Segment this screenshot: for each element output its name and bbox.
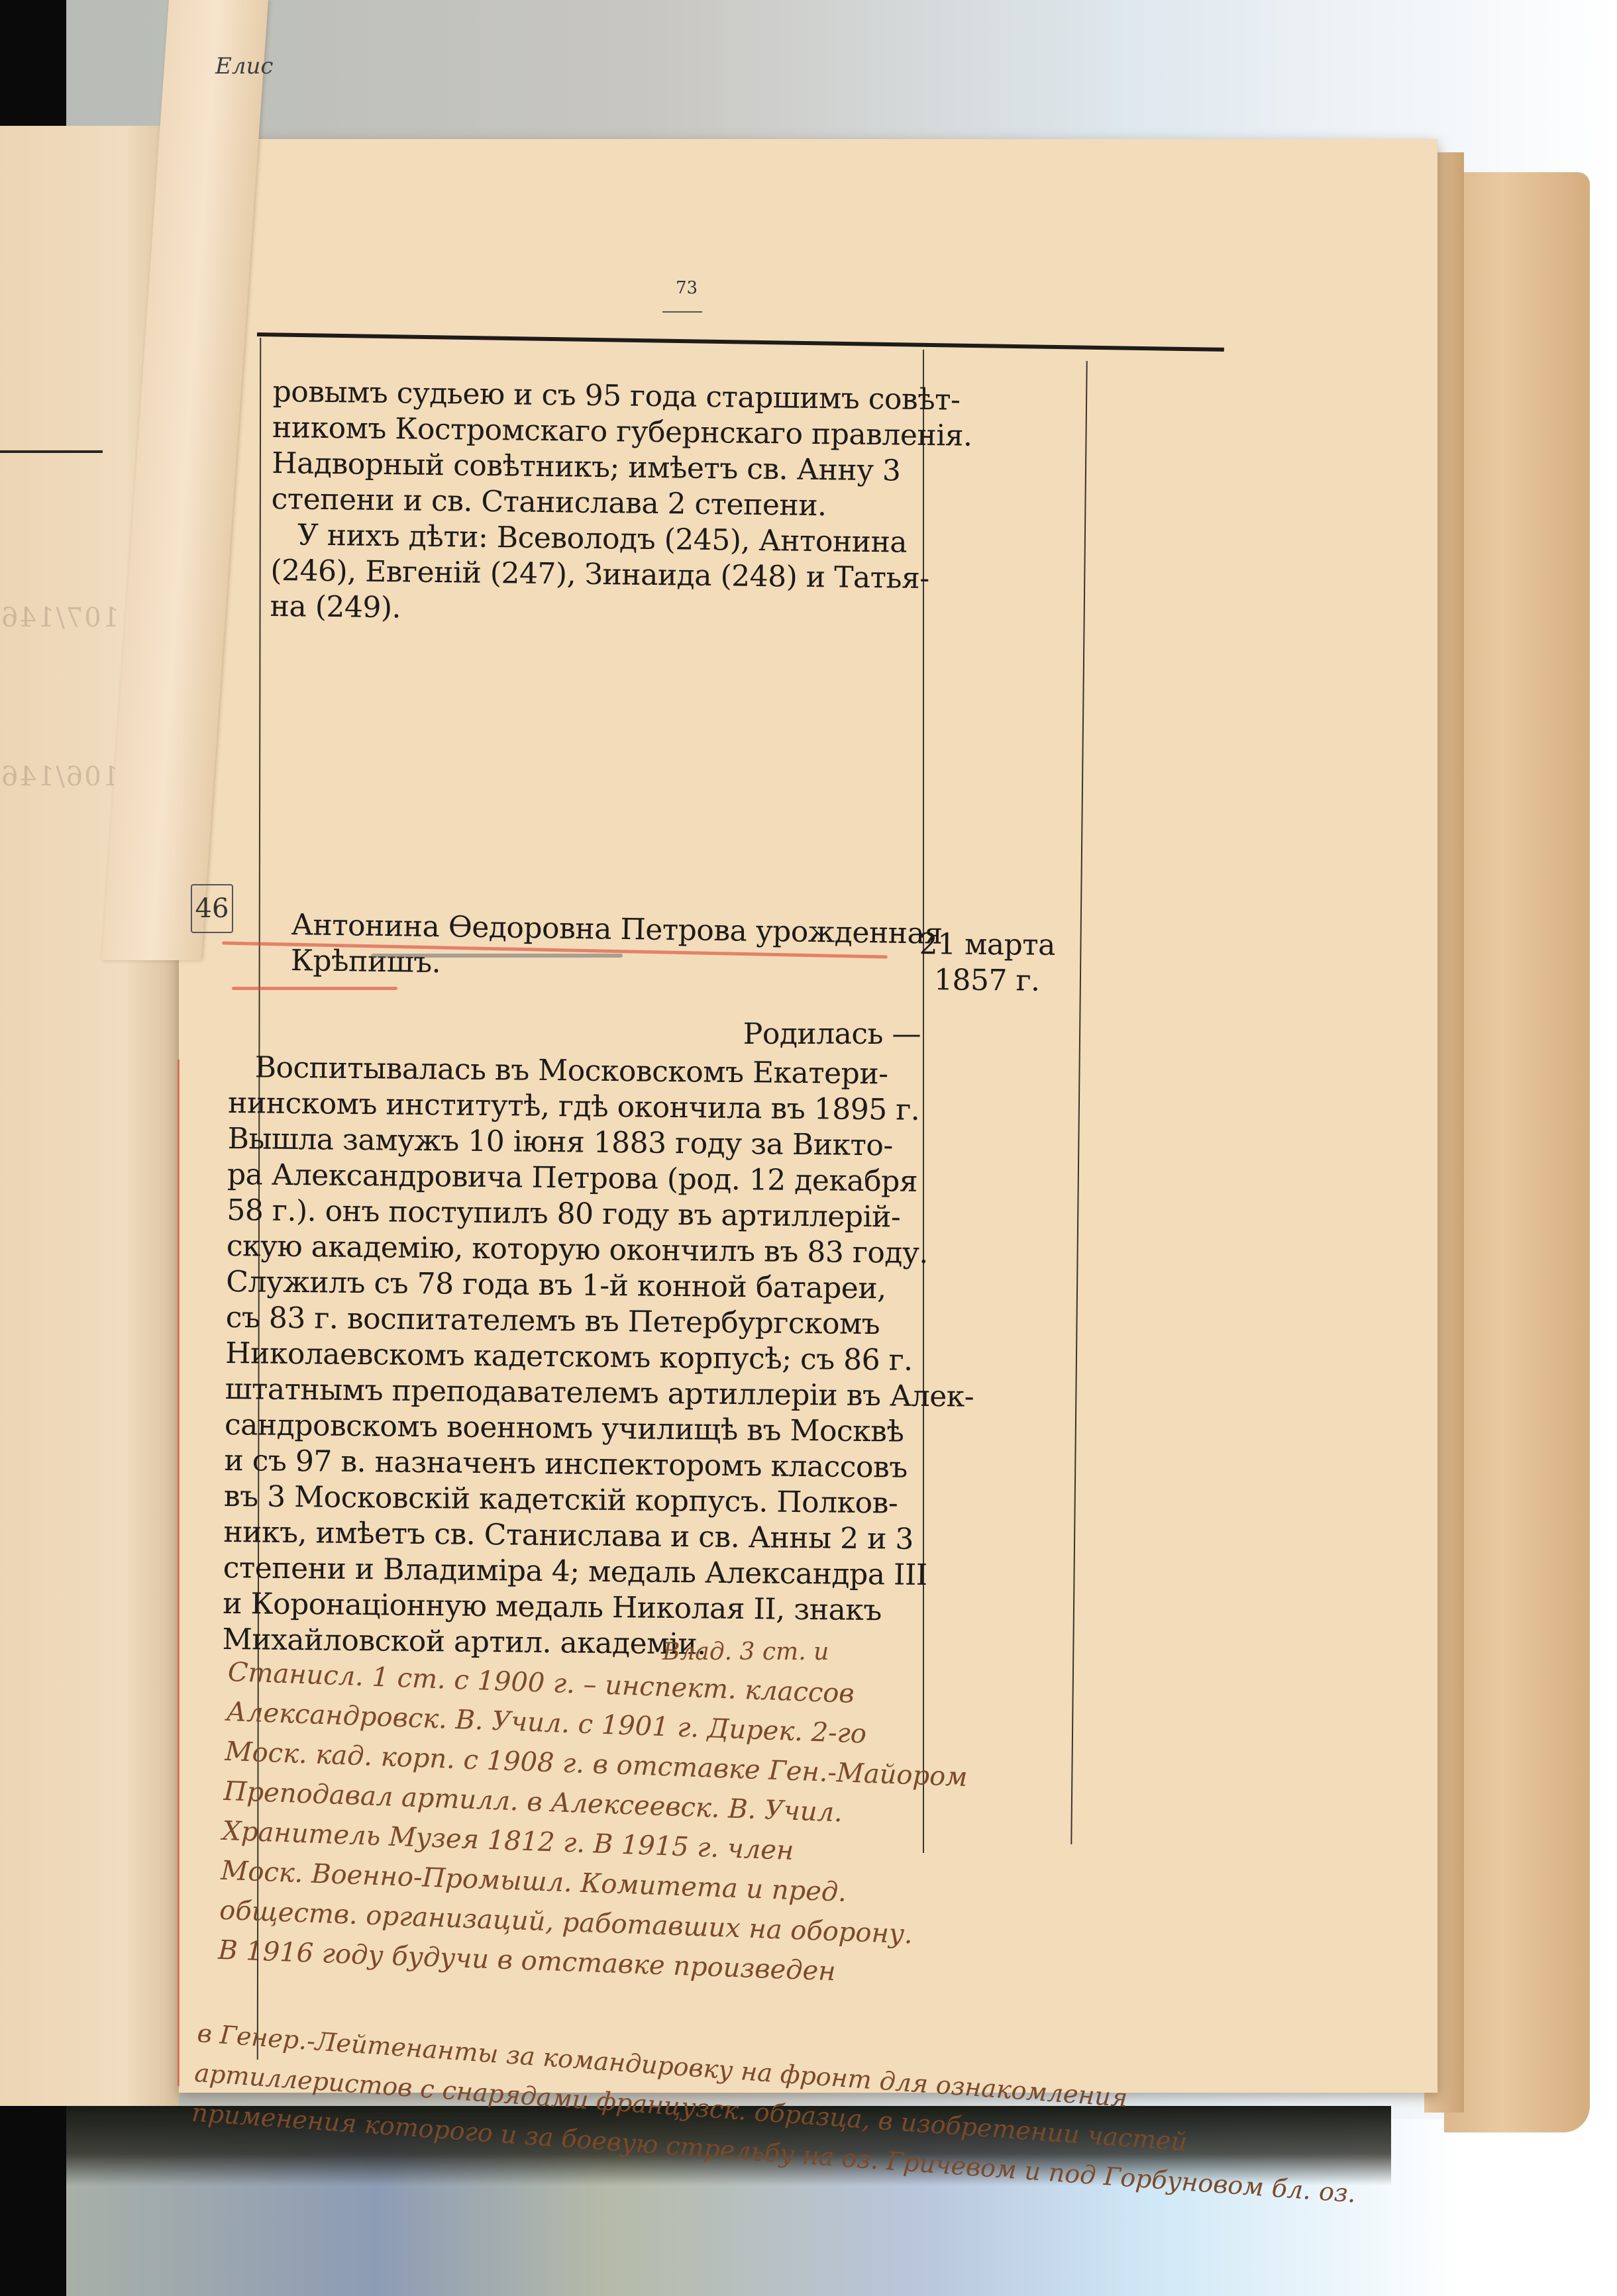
born-label: Родилась — (722, 1017, 921, 1052)
entry-biography: Воспитывалась въ Московскомъ Екатери- ни… (222, 1050, 917, 1665)
left-page-rule (0, 450, 103, 453)
bleedthrough-text: 106/146 (0, 762, 119, 792)
red-pencil-underline (232, 987, 397, 990)
birth-date: 21 марта 1857 г. (908, 926, 1067, 999)
handwritten-inline-note: Влад. 3 ст. и (662, 1632, 829, 1672)
entry-number-badge: 46 (191, 884, 233, 933)
red-pencil-margin-line (178, 1060, 180, 2086)
page-stack-edge (1444, 172, 1590, 2132)
bookmark-pencil-note: Елис (215, 53, 273, 79)
page-number-rule (662, 311, 702, 313)
page-number: 73 (676, 278, 698, 298)
bleedthrough-text: 107/146 (0, 603, 119, 633)
previous-entry-continuation: ровымъ судьею и съ 95 года старшимъ совѣ… (270, 374, 915, 632)
text-line: 21 марта (908, 926, 1067, 964)
text-line: 1857 г. (908, 962, 1067, 999)
pencil-underline (371, 954, 623, 958)
handwritten-annotation: Станисл. 1 ст. с 1900 г. – инспект. клас… (217, 1652, 970, 1996)
